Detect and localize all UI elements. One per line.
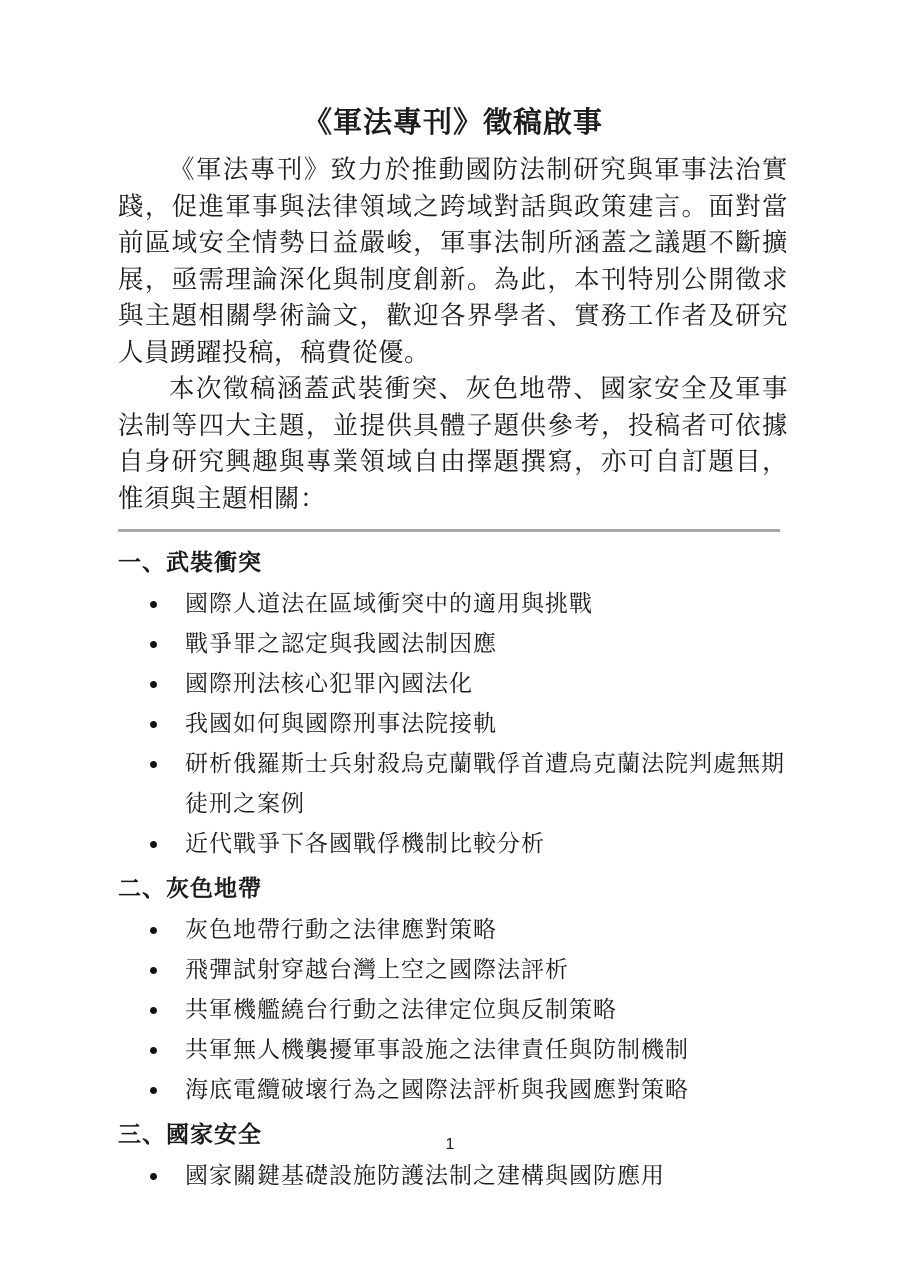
bullet-icon (150, 1173, 157, 1180)
list-item-text: 共軍無人機襲擾軍事設施之法律責任與防制機制 (185, 1030, 788, 1070)
list-item: 近代戰爭下各國戰俘機制比較分析 (118, 824, 788, 864)
bullet-icon (150, 841, 157, 848)
topic-list-gray-zone: 灰色地帶行動之法律應對策略 飛彈試射穿越台灣上空之國際法評析 共軍機艦繞台行動之… (118, 910, 788, 1110)
list-item: 共軍機艦繞台行動之法律定位與反制策略 (118, 990, 788, 1030)
bullet-icon (150, 681, 157, 688)
topic-list-armed-conflict: 國際人道法在區域衝突中的適用與挑戰 戰爭罪之認定與我國法制因應 國際刑法核心犯罪… (118, 584, 788, 864)
list-item: 海底電纜破壞行為之國際法評析與我國應對策略 (118, 1070, 788, 1110)
section-heading-gray-zone: 二、灰色地帶 (118, 872, 788, 906)
bullet-icon (150, 1087, 157, 1094)
bullet-icon (150, 601, 157, 608)
section-heading-armed-conflict: 一、武裝衝突 (118, 546, 788, 580)
list-item: 共軍無人機襲擾軍事設施之法律責任與防制機制 (118, 1030, 788, 1070)
list-item-text: 近代戰爭下各國戰俘機制比較分析 (185, 824, 788, 864)
list-item: 灰色地帶行動之法律應對策略 (118, 910, 788, 950)
bullet-icon (150, 927, 157, 934)
bullet-icon (150, 721, 157, 728)
list-item: 研析俄羅斯士兵射殺烏克蘭戰俘首遭烏克蘭法院判處無期徒刑之案例 (118, 744, 788, 824)
list-item-text: 戰爭罪之認定與我國法制因應 (185, 624, 788, 664)
list-item-text: 國家關鍵基礎設施防護法制之建構與國防應用 (185, 1156, 788, 1196)
list-item: 我國如何與國際刑事法院接軌 (118, 704, 788, 744)
document-title: 《軍法專刊》徵稿啟事 (118, 102, 788, 144)
list-item-text: 國際人道法在區域衝突中的適用與挑戰 (185, 584, 788, 624)
intro-paragraph-2: 本次徵稿涵蓋武裝衝突、灰色地帶、國家安全及軍事法制等四大主題，並提供具體子題供參… (118, 371, 788, 517)
list-item: 國家關鍵基礎設施防護法制之建構與國防應用 (118, 1156, 788, 1196)
bullet-icon (150, 761, 157, 768)
divider (118, 529, 780, 532)
page-number: 1 (0, 1136, 900, 1154)
list-item: 國際刑法核心犯罪內國法化 (118, 664, 788, 704)
list-item-text: 飛彈試射穿越台灣上空之國際法評析 (185, 950, 788, 990)
intro-paragraph-1: 《軍法專刊》致力於推動國防法制研究與軍事法治實踐，促進軍事與法律領域之跨域對話與… (118, 152, 788, 371)
list-item: 飛彈試射穿越台灣上空之國際法評析 (118, 950, 788, 990)
list-item-text: 海底電纜破壞行為之國際法評析與我國應對策略 (185, 1070, 788, 1110)
list-item-text: 研析俄羅斯士兵射殺烏克蘭戰俘首遭烏克蘭法院判處無期徒刑之案例 (185, 744, 788, 824)
bullet-icon (150, 641, 157, 648)
bullet-icon (150, 967, 157, 974)
list-item-text: 國際刑法核心犯罪內國法化 (185, 664, 788, 704)
document-page: 《軍法專刊》徵稿啟事 《軍法專刊》致力於推動國防法制研究與軍事法治實踐，促進軍事… (0, 0, 900, 1272)
bullet-icon (150, 1007, 157, 1014)
bullet-icon (150, 1047, 157, 1054)
list-item-text: 灰色地帶行動之法律應對策略 (185, 910, 788, 950)
list-item-text: 共軍機艦繞台行動之法律定位與反制策略 (185, 990, 788, 1030)
list-item: 戰爭罪之認定與我國法制因應 (118, 624, 788, 664)
topic-list-national-security: 國家關鍵基礎設施防護法制之建構與國防應用 (118, 1156, 788, 1196)
list-item-text: 我國如何與國際刑事法院接軌 (185, 704, 788, 744)
list-item: 國際人道法在區域衝突中的適用與挑戰 (118, 584, 788, 624)
